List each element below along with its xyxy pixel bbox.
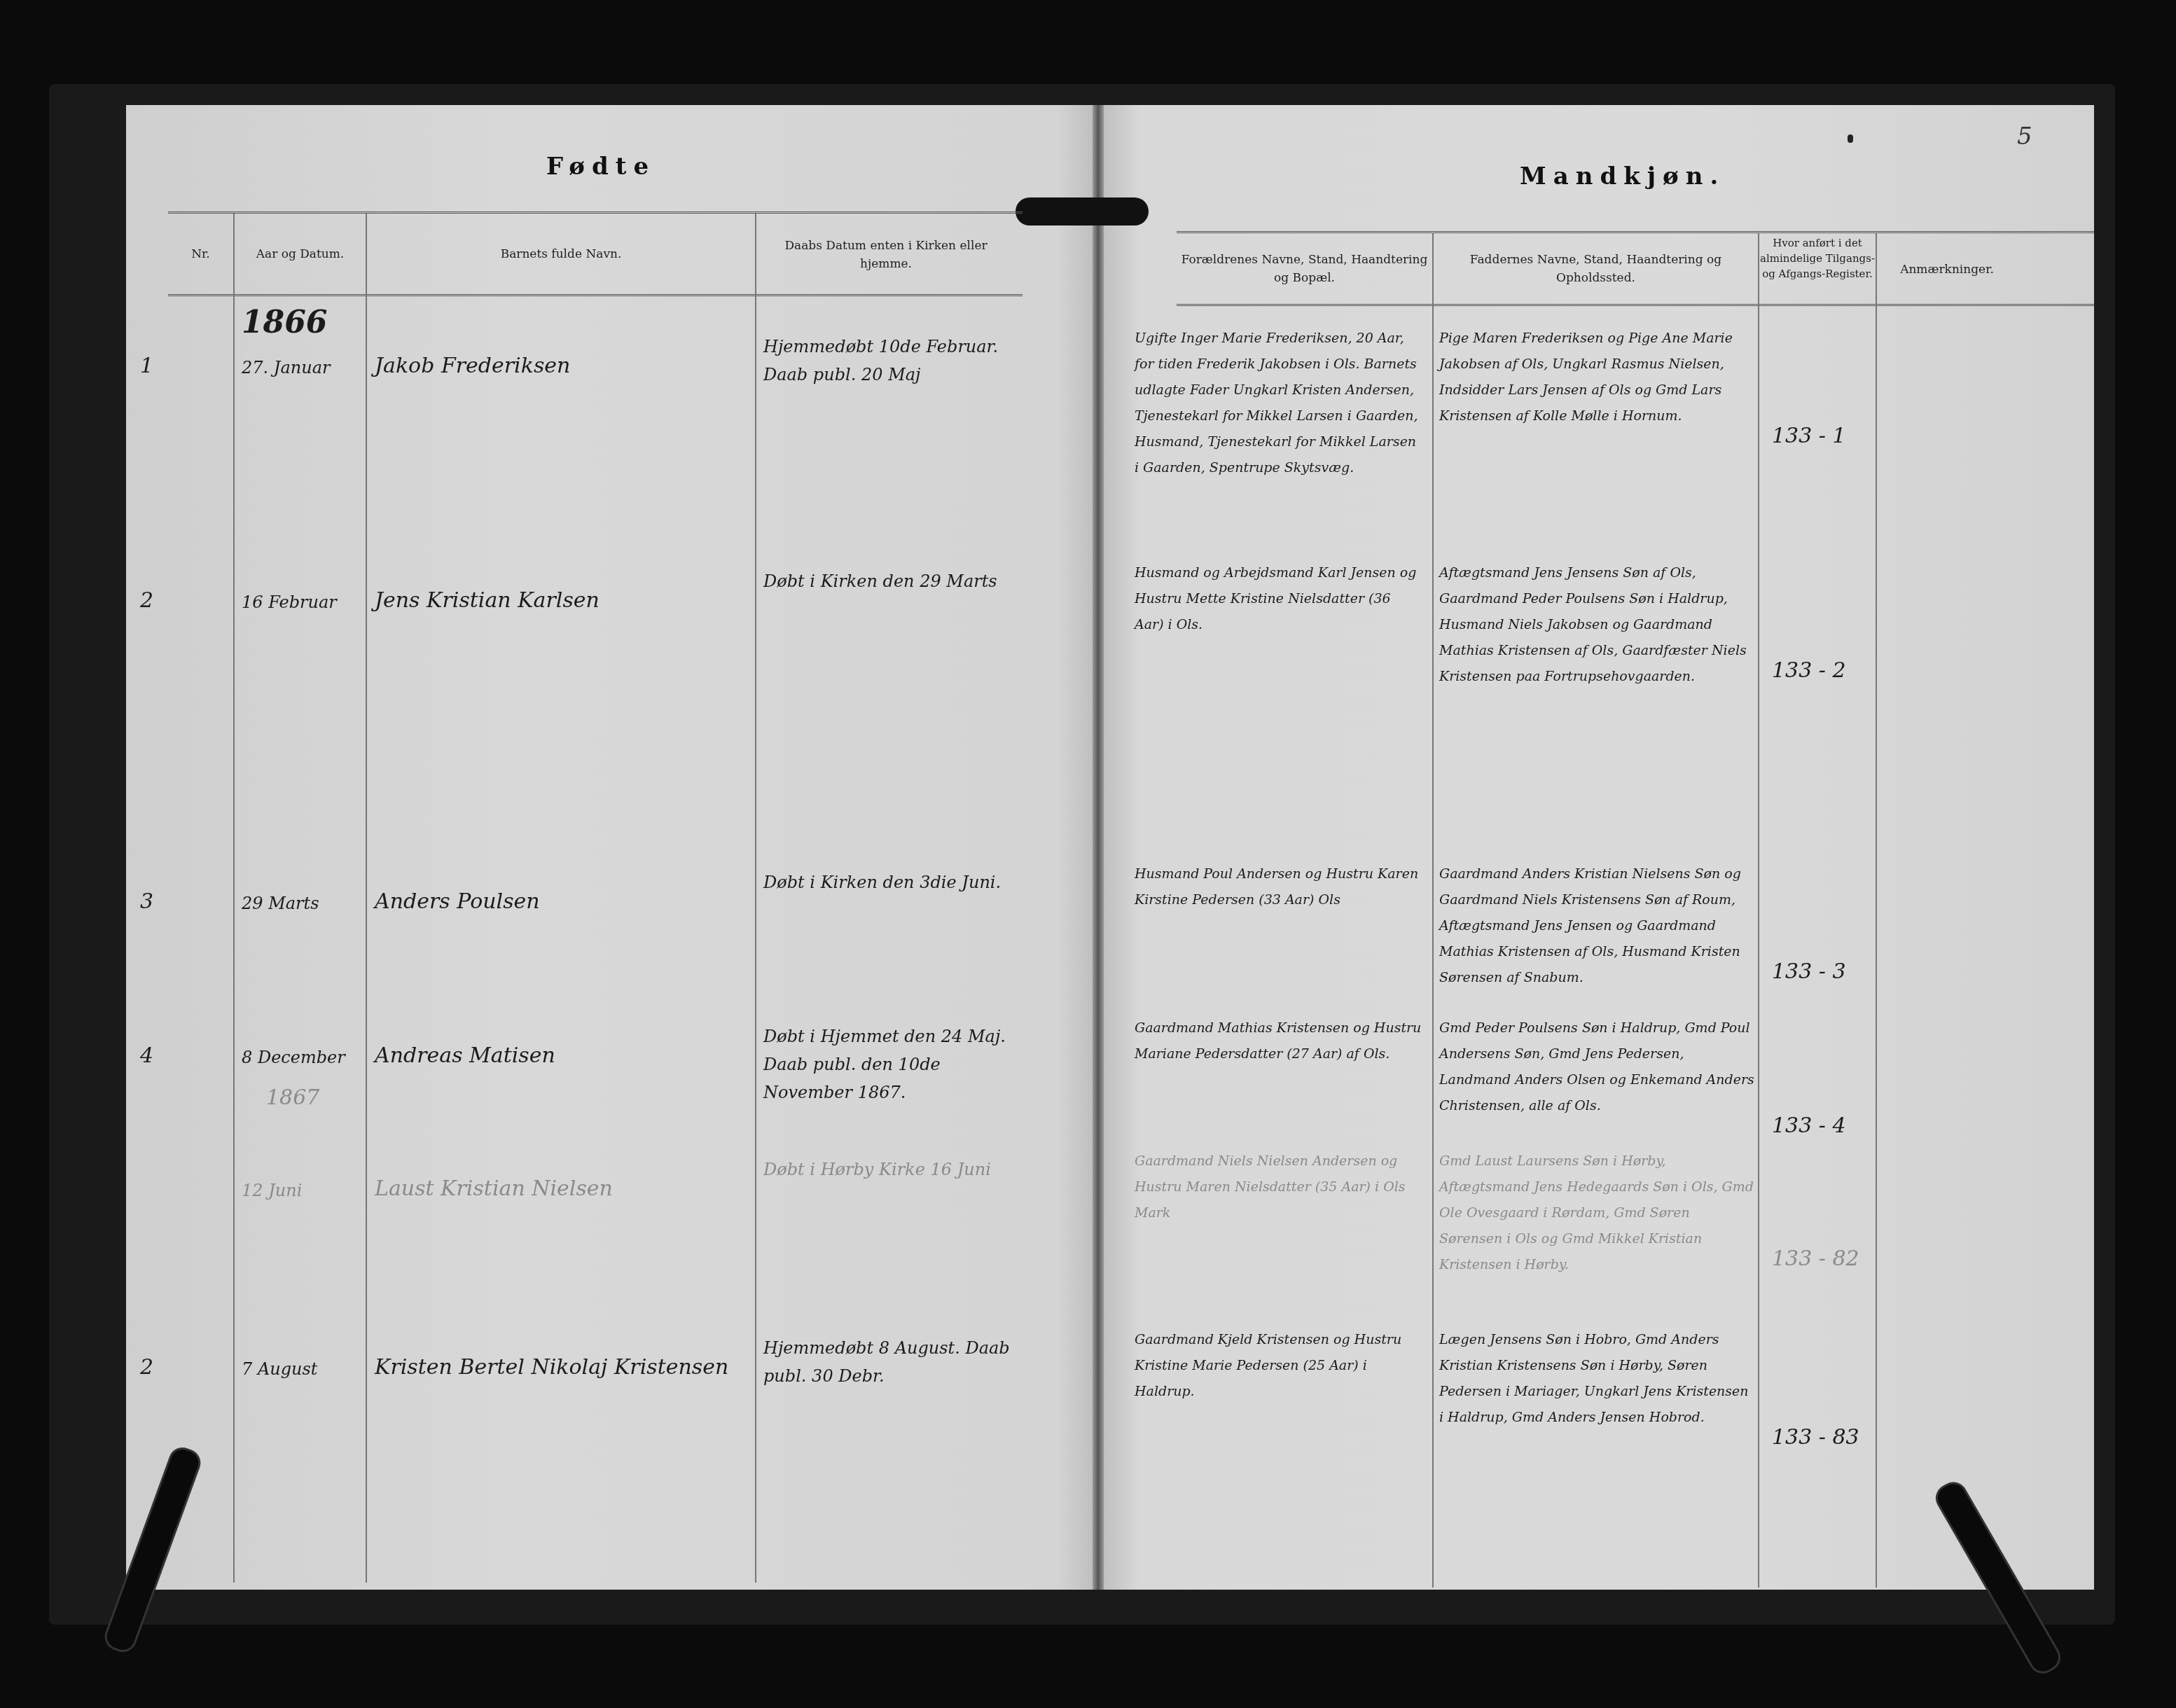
right-page-title: Mandkjøn. bbox=[1520, 162, 1725, 190]
right-header-bottom-rule bbox=[1177, 304, 2094, 306]
entry-sponsors: Pige Maren Frederiksen og Pige Ane Marie… bbox=[1439, 326, 1754, 429]
entry-child-name: Laust Kristian Nielsen bbox=[375, 1176, 613, 1201]
ink-spot bbox=[1848, 134, 1853, 143]
entry-date: 29 Marts bbox=[242, 889, 361, 917]
entry-sponsors: Aftægtsmand Jens Jensens Søn af Ols, Gaa… bbox=[1439, 560, 1754, 690]
col-divider bbox=[1758, 232, 1759, 1588]
header-parents: Forældrenes Navne, Stand, Haandtering og… bbox=[1177, 251, 1432, 287]
entry-register: 133 - 3 bbox=[1772, 959, 1846, 984]
entry-nr: 2 bbox=[140, 588, 153, 613]
entry-date: 7 August bbox=[242, 1355, 361, 1383]
col-divider bbox=[233, 214, 235, 1583]
entry-nr: 1 bbox=[140, 354, 153, 378]
col-divider bbox=[755, 214, 756, 1583]
entry-register: 133 - 1 bbox=[1772, 424, 1846, 448]
left-page-title: Fødte bbox=[546, 153, 656, 181]
entry-child-name: Anders Poulsen bbox=[375, 889, 540, 914]
header-date: Aar og Datum. bbox=[235, 245, 366, 263]
header-register: Hvor anført i det almindelige Tilgangs- … bbox=[1759, 235, 1876, 282]
binding-thread bbox=[1016, 197, 1149, 225]
left-header-bottom-rule bbox=[168, 294, 1023, 296]
entry-register: 133 - 83 bbox=[1772, 1425, 1859, 1450]
entry-parents: Husmand Poul Andersen og Hustru Karen Ki… bbox=[1135, 861, 1422, 913]
col-divider bbox=[1876, 232, 1877, 1588]
entry-child-name: Andreas Matisen bbox=[375, 1043, 555, 1068]
book-gutter bbox=[1093, 105, 1104, 1590]
col-divider bbox=[366, 214, 367, 1583]
right-header-top-rule bbox=[1177, 231, 2094, 233]
entry-baptism: Døbt i Kirken den 29 Marts bbox=[763, 567, 1016, 595]
entry-sponsors: Gmd Peder Poulsens Søn i Haldrup, Gmd Po… bbox=[1439, 1015, 1754, 1119]
entry-baptism: Døbt i Hjemmet den 24 Maj. Daab publ. de… bbox=[763, 1022, 1016, 1106]
entry-sponsors: Gaardmand Anders Kristian Nielsens Søn o… bbox=[1439, 861, 1754, 991]
header-remarks: Anmærkninger. bbox=[1877, 261, 2017, 279]
entry-year: 1867 bbox=[266, 1085, 319, 1110]
entry-parents: Husmand og Arbejdsmand Karl Jensen og Hu… bbox=[1135, 560, 1422, 638]
entry-parents: Ugifte Inger Marie Frederiksen, 20 Aar, … bbox=[1135, 326, 1422, 481]
page-number: 5 bbox=[2017, 123, 2032, 151]
header-nr: Nr. bbox=[168, 245, 233, 263]
entry-date: 12 Juni bbox=[242, 1176, 361, 1204]
entry-child-name: Kristen Bertel Nikolaj Kristensen bbox=[375, 1355, 728, 1380]
entry-parents: Gaardmand Kjeld Kristensen og Hustru Kri… bbox=[1135, 1327, 1422, 1405]
entry-register: 133 - 2 bbox=[1772, 658, 1846, 683]
entry-date: 16 Februar bbox=[242, 588, 361, 616]
entry-sponsors: Lægen Jensens Søn i Hobro, Gmd Anders Kr… bbox=[1439, 1327, 1754, 1431]
header-child-name: Barnets fulde Navn. bbox=[367, 245, 755, 263]
entry-register: 133 - 4 bbox=[1772, 1113, 1846, 1138]
entry-parents: Gaardmand Mathias Kristensen og Hustru M… bbox=[1135, 1015, 1422, 1067]
entry-date: 8 December bbox=[242, 1043, 361, 1071]
left-header-top-rule bbox=[168, 211, 1023, 214]
entry-nr: 3 bbox=[140, 889, 153, 914]
entry-baptism: Døbt i Kirken den 3die Juni. bbox=[763, 868, 1016, 896]
entry-baptism: Hjemmedøbt 8 August. Daab publ. 30 Debr. bbox=[763, 1334, 1016, 1390]
entry-nr: 4 bbox=[140, 1043, 153, 1068]
entry-register: 133 - 82 bbox=[1772, 1247, 1859, 1271]
entry-year: 1866 bbox=[242, 305, 327, 340]
entry-nr: 2 bbox=[140, 1355, 153, 1380]
col-divider bbox=[1432, 232, 1434, 1588]
entry-date: 27. Januar bbox=[242, 354, 361, 382]
entry-child-name: Jakob Frederiksen bbox=[375, 354, 570, 378]
header-sponsors: Faddernes Navne, Stand, Haandtering og O… bbox=[1434, 251, 1758, 287]
entry-baptism: Hjemmedøbt 10de Februar. Daab publ. 20 M… bbox=[763, 333, 1016, 389]
entry-sponsors: Gmd Laust Laursens Søn i Hørby, Aftægtsm… bbox=[1439, 1148, 1754, 1278]
entry-parents: Gaardmand Niels Nielsen Andersen og Hust… bbox=[1135, 1148, 1422, 1226]
entry-baptism: Døbt i Hørby Kirke 16 Juni bbox=[763, 1155, 1016, 1183]
entry-child-name: Jens Kristian Karlsen bbox=[375, 588, 600, 613]
header-baptism: Daabs Datum enten i Kirken eller hjemme. bbox=[770, 237, 1002, 273]
